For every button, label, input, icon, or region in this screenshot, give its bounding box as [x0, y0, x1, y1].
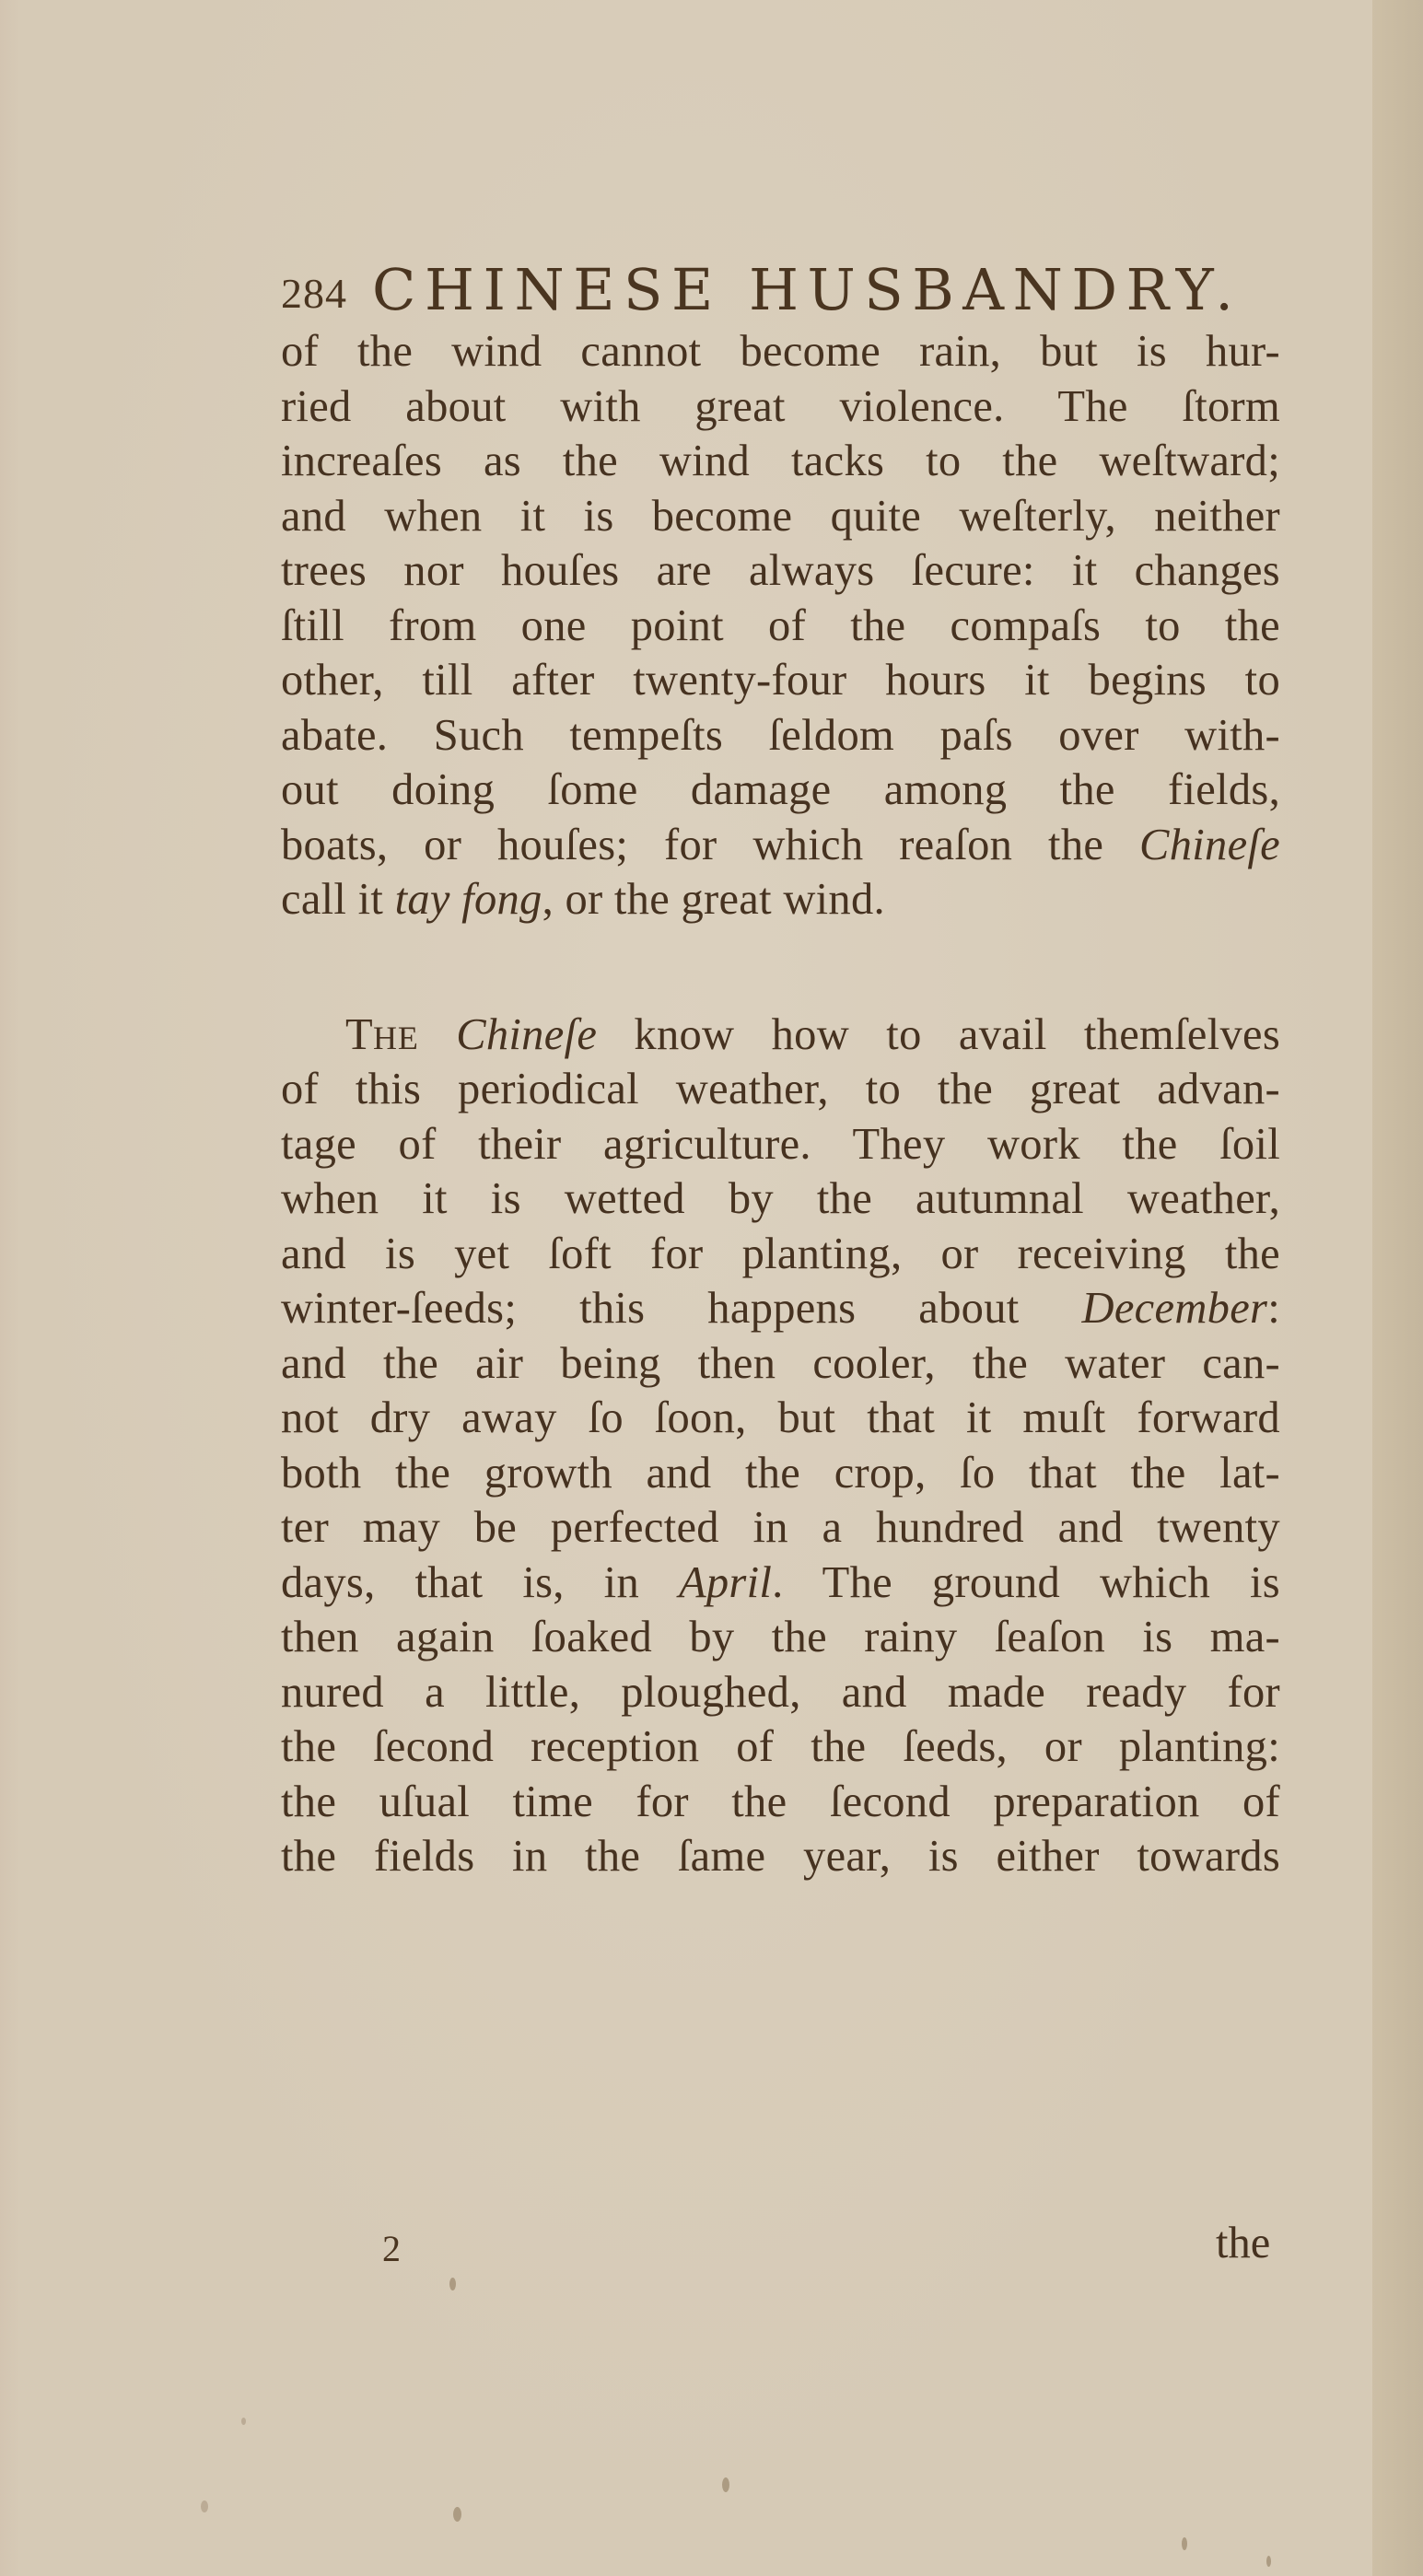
text-line: winter-ſeeds; this happens about Decembe… [281, 1281, 1280, 1336]
text-segment: boats, or houſes; for which reaſon the [281, 821, 1139, 869]
text-line: of this periodical weather, to the great… [281, 1062, 1280, 1117]
text-segment: the ſecond reception of the ſeeds, or pl… [281, 1722, 1280, 1771]
text-segment [419, 1010, 456, 1059]
text-segment: : [1267, 1284, 1280, 1333]
text-line: trees nor houſes are always ſecure: it c… [281, 543, 1280, 599]
text-line: abate. Such tempeſts ſeldom paſs over wi… [281, 708, 1280, 763]
text-segment: ried about with great violence. The ſtor… [281, 382, 1280, 431]
paper-speck [449, 2278, 456, 2290]
text-line: days, that is, in April. The ground whic… [281, 1556, 1280, 1611]
page-number: 284 [281, 269, 347, 318]
text-segment: tage of their agriculture. They work the… [281, 1120, 1280, 1169]
paper-speck [1266, 2556, 1271, 2567]
text-segment: and is yet ſoft for planting, or receivi… [281, 1230, 1280, 1278]
text-line: ſtill from one point of the compaſs to t… [281, 599, 1280, 654]
paper-speck [241, 2418, 246, 2425]
text-segment: days, that is, in [281, 1558, 679, 1607]
text-line: not dry away ſo ſoon, but that it muſt f… [281, 1391, 1280, 1446]
text-segment: and when it is become quite weſterly, ne… [281, 492, 1280, 541]
text-line: ter may be perfected in a hundred and tw… [281, 1500, 1280, 1556]
text-line: tage of their agriculture. They work the… [281, 1117, 1280, 1172]
paper-speck [453, 2507, 461, 2522]
text-line: THE Chineſe know how to avail themſelves [345, 1008, 1280, 1063]
signature-mark: 2 [382, 2227, 401, 2270]
text-segment: trees nor houſes are always ſecure: it c… [281, 546, 1280, 595]
running-title: CHINESE HUSBANDRY. [372, 256, 1242, 323]
text-line: and is yet ſoft for planting, or receivi… [281, 1227, 1280, 1282]
text-segment: when it is wetted by the autumnal weathe… [281, 1174, 1280, 1223]
paper-speck [722, 2477, 729, 2492]
text-segment: abate. Such tempeſts ſeldom paſs over wi… [281, 711, 1280, 760]
text-line: the fields in the ſame year, is either t… [281, 1829, 1280, 1884]
text-segment: , or the great wind. [542, 875, 885, 924]
text-line: boats, or houſes; for which reaſon the C… [281, 818, 1280, 873]
text-segment: of this periodical weather, to the great… [281, 1065, 1280, 1113]
italic-text: Chineſe [456, 1010, 597, 1059]
italic-text: Chineſe [1139, 821, 1280, 869]
text-line: nured a little, ploughed, and made ready… [281, 1665, 1280, 1720]
text-line: and when it is become quite weſterly, ne… [281, 489, 1280, 544]
text-segment: know how to avail themſelves [597, 1010, 1280, 1059]
text-segment: then again ſoaked by the rainy ſeaſon is… [281, 1613, 1280, 1661]
italic-text: April [679, 1558, 772, 1607]
text-line: increaſes as the wind tacks to the weſtw… [281, 434, 1280, 489]
text-line: ried about with great violence. The ſtor… [281, 379, 1280, 435]
text-line: call it tay fong, or the great wind. [281, 872, 1280, 927]
text-segment: winter-ſeeds; this happens about [281, 1284, 1082, 1333]
text-segment: ter may be perfected in a hundred and tw… [281, 1503, 1280, 1552]
paper-speck [1182, 2537, 1187, 2550]
text-segment: both the growth and the crop, ſo that th… [281, 1449, 1280, 1498]
text-segment: of the wind cannot become rain, but is h… [281, 327, 1280, 376]
text-segment: ſtill from one point of the compaſs to t… [281, 601, 1280, 650]
text-segment: the uſual time for the ſecond preparatio… [281, 1778, 1280, 1826]
text-line: both the growth and the crop, ſo that th… [281, 1446, 1280, 1501]
text-line: when it is wetted by the autumnal weathe… [281, 1171, 1280, 1227]
text-line: other, till after twenty-four hours it b… [281, 653, 1280, 708]
italic-text: tay fong [395, 875, 542, 924]
text-line: the uſual time for the ſecond preparatio… [281, 1775, 1280, 1830]
text-segment: . The ground which is [772, 1558, 1280, 1607]
text-segment: T [345, 1010, 373, 1059]
text-line: of the wind cannot become rain, but is h… [281, 324, 1280, 379]
text-segment: increaſes as the wind tacks to the weſtw… [281, 437, 1280, 485]
catchword: the [1216, 2218, 1270, 2268]
text-segment: the fields in the ſame year, is either t… [281, 1832, 1280, 1881]
text-line: the ſecond reception of the ſeeds, or pl… [281, 1719, 1280, 1775]
text-line: out doing ſome damage among the fields, [281, 763, 1280, 818]
text-segment: and the air being then cooler, the water… [281, 1339, 1280, 1388]
text-segment: nured a little, ploughed, and made ready… [281, 1668, 1280, 1717]
text-segment: out doing ſome damage among the fields, [281, 765, 1280, 814]
text-segment: call it [281, 875, 395, 924]
page-edge [1372, 0, 1423, 2576]
italic-text: December [1082, 1284, 1268, 1333]
text-segment: not dry away ſo ſoon, but that it muſt f… [281, 1393, 1280, 1442]
text-line: and the air being then cooler, the water… [281, 1336, 1280, 1392]
text-line: then again ſoaked by the rainy ſeaſon is… [281, 1610, 1280, 1665]
text-segment: other, till after twenty-four hours it b… [281, 656, 1280, 705]
text-segment: HE [373, 1020, 419, 1056]
running-head: 284 CHINESE HUSBANDRY. [281, 256, 1294, 330]
paper-speck [201, 2500, 208, 2512]
